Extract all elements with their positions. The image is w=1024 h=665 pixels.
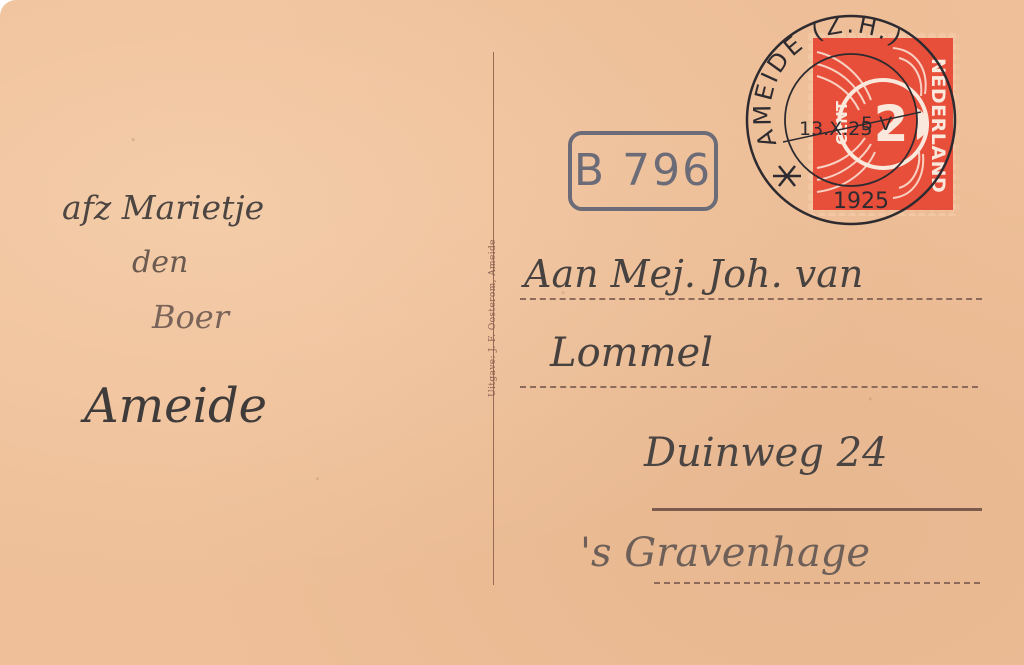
- address-line-4: 's Gravenhage: [580, 530, 870, 576]
- stamp-value: 2: [869, 94, 913, 154]
- postcard: Uitgave: J. F. Oosterom, Ameide B 796: [0, 0, 1024, 665]
- publisher-imprint: Uitgave: J. F. Oosterom, Ameide: [488, 239, 498, 397]
- stamp-face: CENT 2 NEDERLAND: [813, 38, 953, 210]
- stamp-unit: CENT: [833, 90, 855, 156]
- stamp-country: NEDERLAND: [923, 42, 949, 210]
- address-line-3: Duinweg 24: [644, 430, 888, 476]
- sender-line-3: Boer: [152, 298, 229, 336]
- postmark-star-icon: [773, 166, 801, 186]
- address-line-1: Aan Mej. Joh. van: [524, 252, 863, 296]
- box-stamp-b796: B 796: [568, 131, 718, 211]
- address-rule-2: [520, 386, 978, 388]
- sender-line-2: den: [132, 245, 188, 280]
- address-line-2: Lommel: [550, 330, 713, 376]
- address-rule-4: [654, 582, 980, 584]
- postage-stamp: CENT 2 NEDERLAND: [807, 32, 959, 216]
- sender-line-4: Ameide: [84, 378, 267, 434]
- address-rule-1: [520, 298, 982, 300]
- address-rule-3: [652, 508, 982, 511]
- sender-line-1: afz Marietje: [62, 188, 264, 227]
